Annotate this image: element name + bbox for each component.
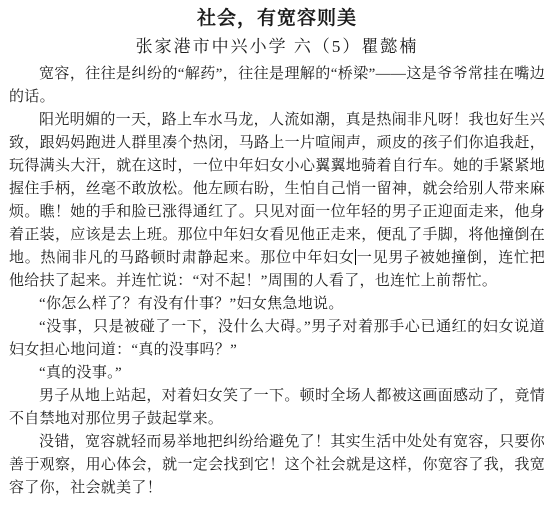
essay-paragraph-intro: 宽容，往往是纠纷的“解药”，往往是理解的“桥梁”——这是爷爷常挂在嘴边的话。 (9, 63, 545, 109)
essay-paragraph-conclusion: 没错，宽容就轻而易举地把纠纷给避免了！其实生活中处处有宽容，只要你善于观察，用心… (9, 431, 545, 500)
text-cursor-caret (355, 249, 356, 265)
essay-paragraph-dialog-1: “你怎么样了？有没有什事？”妇女焦急地说。 (9, 293, 545, 316)
document-page: 社会，有宽容则美 张家港市中兴小学 六（5）瞿懿楠 宽容，往往是纠纷的“解药”，… (0, 0, 554, 522)
essay-paragraph-reaction: 男子从地上站起，对着妇女笑了一下。顿时全场人都被这画面感动了，竟情不自禁地对那位… (9, 385, 545, 431)
essay-byline: 张家港市中兴小学 六（5）瞿懿楠 (9, 34, 545, 60)
story-text-before-caret: 阳光明媚的一天，路上车水马龙，人流如潮，真是热闹非凡呀！我也好生兴致，跟妈妈跑进… (9, 112, 545, 266)
essay-paragraph-dialog-3: “真的没事。” (9, 362, 545, 385)
essay-paragraph-dialog-2: “没事，只是被碰了一下，没什么大碍。”男子对着那手心已通红的妇女说道妇女担心地问… (9, 316, 545, 362)
essay-body: 宽容，往往是纠纷的“解药”，往往是理解的“桥梁”——这是爷爷常挂在嘴边的话。 阳… (9, 63, 545, 500)
essay-paragraph-story: 阳光明媚的一天，路上车水马龙，人流如潮，真是热闹非凡呀！我也好生兴致，跟妈妈跑进… (9, 109, 545, 293)
essay-title: 社会，有宽容则美 (9, 5, 545, 32)
